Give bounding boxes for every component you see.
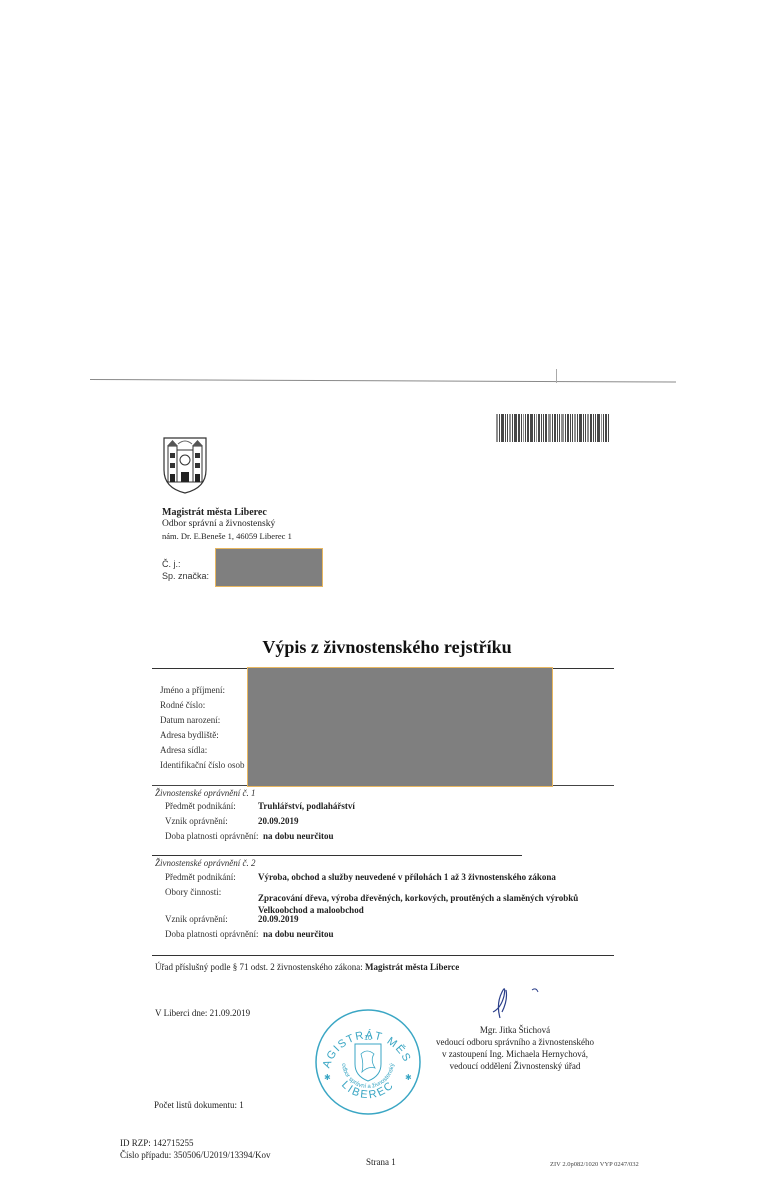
scan-top-edge-line <box>90 379 676 383</box>
redaction-box-personal-data <box>247 667 553 787</box>
field-label-birth-date: Datum narození: <box>160 715 220 725</box>
footer-page-number: Strana 1 <box>366 1157 396 1167</box>
license-2-label-validity: Doba platnosti oprávnění: <box>165 929 258 939</box>
issuer-department: Odbor správní a živnostenský <box>162 519 275 529</box>
license-1-label-origin: Vznik oprávnění: <box>165 816 228 826</box>
license-2-value-origin: 20.09.2019 <box>258 914 299 924</box>
field-label-name: Jméno a příjmení: <box>160 685 225 695</box>
field-label-residence: Adresa bydliště: <box>160 730 219 740</box>
field-label-id-number: Identifikační číslo osob <box>160 760 244 770</box>
competent-authority-text: Úřad příslušný podle § 71 odst. 2 živnos… <box>155 962 363 972</box>
competent-authority-name: Magistrát města Liberce <box>365 962 459 972</box>
license-2-value-fields: Zpracování dřeva, výroba dřevěných, kork… <box>258 893 578 903</box>
liberec-coat-of-arms-icon <box>162 436 208 494</box>
signatory-role: vedoucí odboru správního a živnostenskéh… <box>400 1036 630 1048</box>
license-1-value-validity: na dobu neurčitou <box>263 831 334 841</box>
license-2-label-fields: Obory činnosti: <box>165 887 221 897</box>
svg-text:LIBEREC: LIBEREC <box>339 1079 397 1101</box>
file-mark-label: Sp. značka: <box>162 571 209 581</box>
competent-authority: Úřad příslušný podle § 71 odst. 2 živnos… <box>155 962 459 972</box>
scan-fold-tick <box>556 369 557 383</box>
signatory-deputy-role: vedoucí oddělení Živnostenský úřad <box>400 1060 630 1072</box>
divider <box>152 855 522 856</box>
license-2-title: Živnostenské oprávnění č. 2 <box>155 858 255 868</box>
issue-date-place: V Liberci dne: 21.09.2019 <box>155 1008 250 1018</box>
signatory-name: Mgr. Jitka Štichová <box>400 1024 630 1036</box>
license-1-value-origin: 20.09.2019 <box>258 816 299 826</box>
svg-text:✱: ✱ <box>405 1073 412 1082</box>
footer-case-number: Číslo případu: 350506/U2019/13394/Kov <box>120 1150 271 1160</box>
divider <box>152 955 614 956</box>
footer-id-rzp: ID RZP: 142715255 <box>120 1138 194 1148</box>
license-1-title: Živnostenské oprávnění č. 1 <box>155 788 255 798</box>
signatory-block: Mgr. Jitka Štichová vedoucí odboru správ… <box>400 1024 630 1072</box>
signatory-deputy: v zastoupení Ing. Michaela Hernychová, <box>400 1048 630 1060</box>
handwritten-signature <box>478 982 548 1022</box>
reference-number-label: Č. j.: <box>162 559 181 569</box>
license-2-value-subject: Výroba, obchod a služby neuvedené v příl… <box>258 872 556 882</box>
svg-text:10: 10 <box>364 1035 372 1042</box>
barcode <box>496 414 616 442</box>
license-1-label-validity: Doba platnosti oprávnění: <box>165 831 258 841</box>
footer-form-code: ZIV 2.0p082/1020 VYP 0247/032 <box>550 1161 639 1168</box>
license-1-label-subject: Předmět podnikání: <box>165 801 236 811</box>
license-2-value-validity: na dobu neurčitou <box>263 929 334 939</box>
issuer-address: nám. Dr. E.Beneše 1, 46059 Liberec 1 <box>162 531 292 541</box>
field-label-birth-number: Rodné číslo: <box>160 700 205 710</box>
svg-text:✱: ✱ <box>324 1073 331 1082</box>
license-1-value-subject: Truhlářství, podlahářství <box>258 801 355 811</box>
issuer-name: Magistrát města Liberec <box>162 507 267 518</box>
field-label-seat: Adresa sídla: <box>160 745 207 755</box>
license-2-label-origin: Vznik oprávnění: <box>165 914 228 924</box>
license-2-label-subject: Předmět podnikání: <box>165 872 236 882</box>
document-title: Výpis z živnostenského rejstříku <box>0 637 774 658</box>
redaction-box-reference <box>215 548 323 587</box>
page-count: Počet listů dokumentu: 1 <box>154 1100 244 1110</box>
